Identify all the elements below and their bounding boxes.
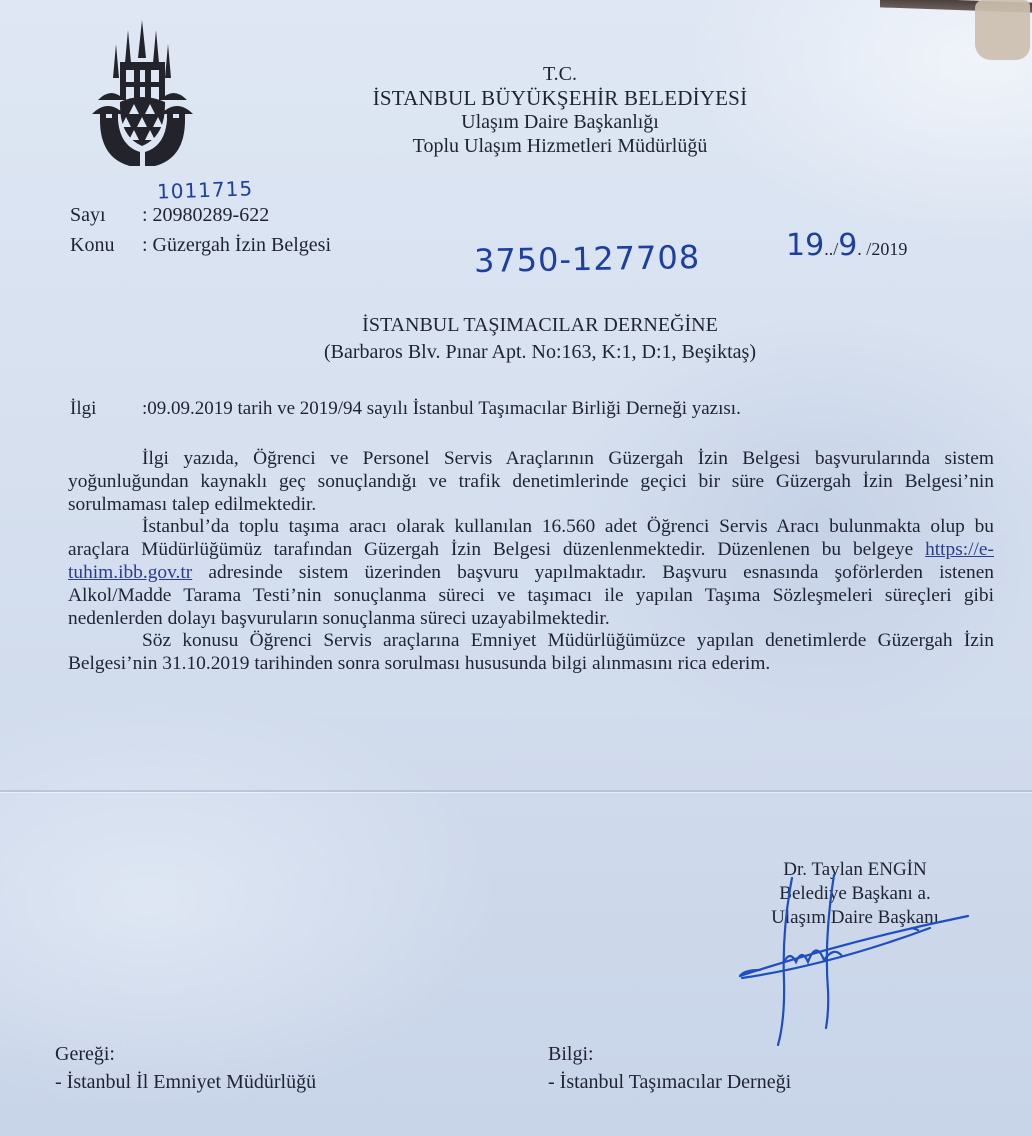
date-sep-1: ../ xyxy=(824,239,838,259)
document-date: 19../9. /2019 xyxy=(786,228,907,263)
bilgi-item: - İstanbul Taşımacılar Derneği xyxy=(548,1068,791,1096)
date-month-handwritten: 9 xyxy=(838,228,857,263)
handwritten-registry-number: 3750-127708 xyxy=(474,238,701,280)
body-p2-before-link: İstanbul’da toplu taşıma aracı olarak ku… xyxy=(68,516,994,560)
body-paragraph-1: İlgi yazıda, Öğrenci ve Personel Servis … xyxy=(68,448,994,516)
letterhead-tc: T.C. xyxy=(300,62,820,86)
body-paragraph-2: İstanbul’da toplu taşıma aracı olarak ku… xyxy=(68,516,994,630)
signatory-title-1: Belediye Başkanı a. xyxy=(735,882,975,906)
distribution-action: Gereği: - İstanbul İl Emniyet Müdürlüğü xyxy=(55,1040,316,1096)
signatory-name: Dr. Taylan ENGİN xyxy=(735,858,975,882)
ilgi-label: İlgi xyxy=(70,398,142,420)
letterhead-organization: İSTANBUL BÜYÜKŞEHİR BELEDİYESİ xyxy=(300,86,820,110)
letterhead-department: Ulaşım Daire Başkanlığı xyxy=(300,110,820,134)
recipient-name: İSTANBUL TAŞIMACILAR DERNEĞİNE xyxy=(280,312,800,339)
sayi-row: Sayı : 20980289-622 xyxy=(70,200,331,230)
gereği-label: Gereği: xyxy=(55,1040,316,1068)
sayi-value: : 20980289-622 xyxy=(142,200,269,230)
letterhead-directorate: Toplu Ulaşım Hizmetleri Müdürlüğü xyxy=(300,134,820,158)
paper-fold-line xyxy=(0,790,1032,792)
ilgi-row: İlgi :09.09.2019 tarih ve 2019/94 sayılı… xyxy=(70,398,741,420)
date-year: 2019 xyxy=(871,239,907,259)
body-p2-after-link: adresinde sistem üzerinden başvuru yapıl… xyxy=(68,562,994,629)
recipient-address: (Barbaros Blv. Pınar Apt. No:163, K:1, D… xyxy=(280,339,800,366)
date-day-handwritten: 19 xyxy=(786,228,824,263)
signatory-title-2: Ulaşım Daire Başkanı xyxy=(735,906,975,930)
torn-tape xyxy=(975,0,1030,60)
letterhead: T.C. İSTANBUL BÜYÜKŞEHİR BELEDİYESİ Ulaş… xyxy=(300,62,820,158)
bilgi-label: Bilgi: xyxy=(548,1040,791,1068)
signature-block: Dr. Taylan ENGİN Belediye Başkanı a. Ula… xyxy=(735,858,975,930)
date-sep-2: . / xyxy=(857,239,871,259)
document-meta: Sayı : 20980289-622 Konu : Güzergah İzin… xyxy=(70,200,331,260)
distribution-info: Bilgi: - İstanbul Taşımacılar Derneği xyxy=(548,1040,791,1096)
ibb-logo-icon xyxy=(90,18,195,166)
body-paragraph-3: Söz konusu Öğrenci Servis araçlarına Emn… xyxy=(68,630,994,676)
gereği-item: - İstanbul İl Emniyet Müdürlüğü xyxy=(55,1068,316,1096)
konu-value: : Güzergah İzin Belgesi xyxy=(142,230,331,260)
letter-body: İlgi yazıda, Öğrenci ve Personel Servis … xyxy=(68,448,994,676)
konu-row: Konu : Güzergah İzin Belgesi xyxy=(70,230,331,260)
sayi-label: Sayı xyxy=(70,200,142,230)
recipient-block: İSTANBUL TAŞIMACILAR DERNEĞİNE (Barbaros… xyxy=(280,312,800,366)
konu-label: Konu xyxy=(70,230,142,260)
ilgi-text: :09.09.2019 tarih ve 2019/94 sayılı İsta… xyxy=(142,398,741,420)
